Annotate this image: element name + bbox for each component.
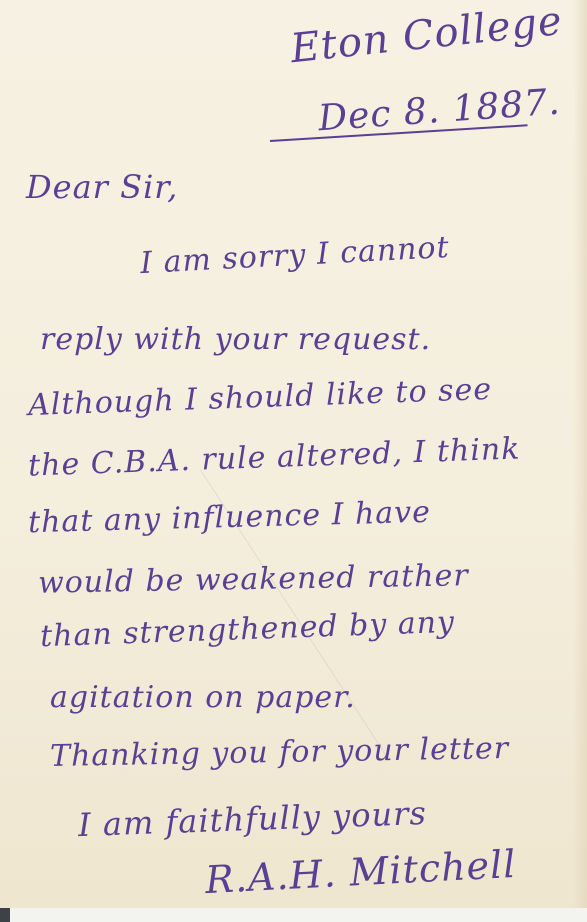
scanned-letter-page: Eton College Dec 8. 1887. Dear Sir, I am… xyxy=(0,0,587,922)
letter-body-line: reply with your request. xyxy=(40,322,431,357)
scanner-edge xyxy=(0,908,10,922)
scanner-background-strip xyxy=(0,908,587,922)
letter-salutation: Dear Sir, xyxy=(26,168,178,206)
letter-body-line: agitation on paper. xyxy=(50,680,356,715)
paper-edge-shadow xyxy=(573,0,587,908)
